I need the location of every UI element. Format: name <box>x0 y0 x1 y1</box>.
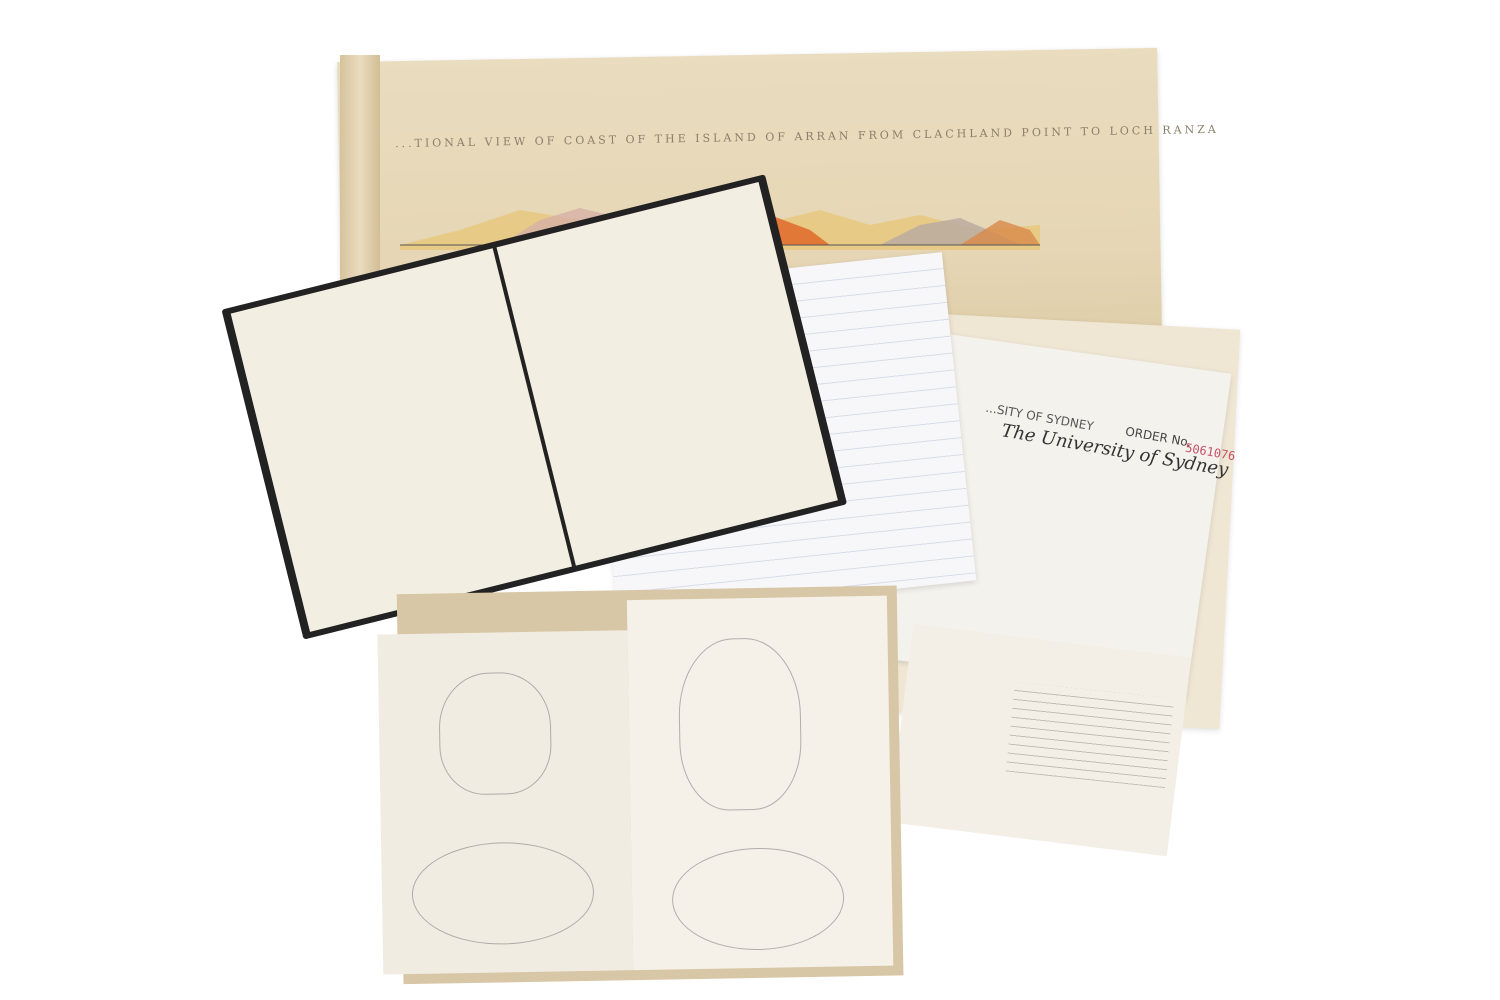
typed-text-lines <box>1006 682 1175 788</box>
skull-base-sketch <box>671 846 845 951</box>
sketchbook-left-page <box>377 630 633 974</box>
skull-front-sketch <box>678 637 803 811</box>
anatomy-sketchbook <box>377 585 904 974</box>
skull-side-sketch <box>438 672 552 796</box>
sketchbook-right-page <box>627 596 893 970</box>
skull-top-sketch <box>411 841 595 946</box>
